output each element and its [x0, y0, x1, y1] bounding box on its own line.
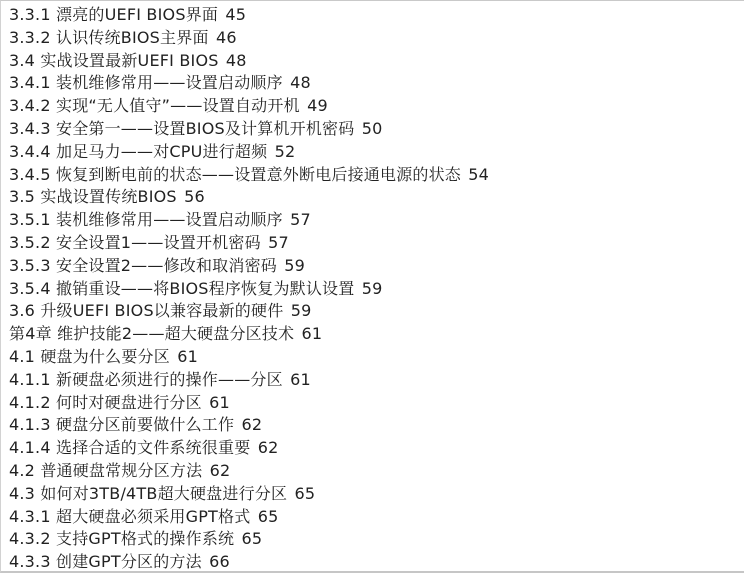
- toc-entry-label: 4.1.2 何时对硬盘进行分区: [9, 393, 202, 412]
- toc-entry-page: 48: [226, 51, 247, 70]
- toc-entry-page: 49: [307, 96, 328, 115]
- toc-entry-page: 52: [275, 142, 296, 161]
- toc-entry: 4.3 如何对3TB/4TB超大硬盘进行分区 65: [9, 483, 738, 506]
- toc-entry-page: 57: [290, 210, 311, 229]
- toc-entry-page: 59: [362, 279, 383, 298]
- toc-entry: 3.4.3 安全第一——设置BIOS及计算机开机密码 50: [9, 118, 738, 141]
- toc-entry-page: 61: [290, 370, 311, 389]
- toc-entry-page: 54: [468, 165, 489, 184]
- toc-entry: 3.5 实战设置传统BIOS 56: [9, 186, 738, 209]
- toc-entry-page: 61: [209, 393, 230, 412]
- toc-entry: 4.3.3 创建GPT分区的方法 66: [9, 551, 738, 573]
- toc-entry-label: 3.4.3 安全第一——设置BIOS及计算机开机密码: [9, 119, 354, 138]
- toc-entry-label: 3.6 升级UEFI BIOS以兼容最新的硬件: [9, 301, 283, 320]
- toc-entry: 3.4 实战设置最新UEFI BIOS 48: [9, 50, 738, 73]
- toc-entry-label: 4.1 硬盘为什么要分区: [9, 347, 170, 366]
- toc-entry: 4.1.4 选择合适的文件系统很重要 62: [9, 437, 738, 460]
- toc-entry-page: 66: [209, 552, 230, 571]
- toc-entry: 3.5.3 安全设置2——修改和取消密码 59: [9, 255, 738, 278]
- toc-entry-label: 4.1.3 硬盘分区前要做什么工作: [9, 415, 234, 434]
- toc-entry-label: 4.3 如何对3TB/4TB超大硬盘进行分区: [9, 484, 287, 503]
- toc-entry-page: 62: [258, 438, 279, 457]
- toc-entry-page: 50: [362, 119, 383, 138]
- toc-entry: 第4章 维护技能2——超大硬盘分区技术 61: [9, 323, 738, 346]
- toc-entry-label: 3.4.5 恢复到断电前的状态——设置意外断电后接通电源的状态: [9, 165, 461, 184]
- toc-entry-label: 4.1.4 选择合适的文件系统很重要: [9, 438, 250, 457]
- toc-entry-page: 45: [225, 5, 246, 24]
- toc-entry-label: 4.3.2 支持GPT格式的操作系统: [9, 529, 234, 548]
- toc-entry: 3.4.4 加足马力——对CPU进行超频 52: [9, 141, 738, 164]
- toc-entry-label: 3.4.1 装机维修常用——设置启动顺序: [9, 73, 283, 92]
- toc-entry-page: 65: [258, 507, 279, 526]
- toc-entry-label: 3.5 实战设置传统BIOS: [9, 187, 177, 206]
- toc-entry-label: 3.3.1 漂亮的UEFI BIOS界面: [9, 5, 218, 24]
- toc-list: 3.3.1 漂亮的UEFI BIOS界面 45 3.3.2 认识传统BIOS主界…: [9, 4, 738, 573]
- toc-entry: 4.3.1 超大硬盘必须采用GPT格式 65: [9, 506, 738, 529]
- toc-entry-page: 57: [268, 233, 289, 252]
- toc-entry-label: 3.5.1 装机维修常用——设置启动顺序: [9, 210, 283, 229]
- toc-entry-page: 61: [302, 324, 323, 343]
- toc-entry: 4.1 硬盘为什么要分区 61: [9, 346, 738, 369]
- toc-entry-label: 3.5.3 安全设置2——修改和取消密码: [9, 256, 277, 275]
- toc-entry: 3.5.1 装机维修常用——设置启动顺序 57: [9, 209, 738, 232]
- toc-entry-page: 59: [291, 301, 312, 320]
- toc-entry-label: 3.4 实战设置最新UEFI BIOS: [9, 51, 219, 70]
- toc-entry: 3.3.1 漂亮的UEFI BIOS界面 45: [9, 4, 738, 27]
- toc-entry: 3.5.2 安全设置1——设置开机密码 57: [9, 232, 738, 255]
- toc-entry-page: 65: [242, 529, 263, 548]
- toc-entry-label: 3.5.2 安全设置1——设置开机密码: [9, 233, 261, 252]
- toc-page: 3.3.1 漂亮的UEFI BIOS界面 45 3.3.2 认识传统BIOS主界…: [0, 0, 744, 573]
- toc-entry: 3.4.1 装机维修常用——设置启动顺序 48: [9, 72, 738, 95]
- toc-entry-page: 62: [242, 415, 263, 434]
- toc-entry-label: 3.4.4 加足马力——对CPU进行超频: [9, 142, 267, 161]
- toc-entry-page: 56: [184, 187, 205, 206]
- toc-entry: 4.2 普通硬盘常规分区方法 62: [9, 460, 738, 483]
- toc-entry-label: 3.4.2 实现“无人值守”——设置自动开机: [9, 96, 300, 115]
- toc-entry-label: 4.2 普通硬盘常规分区方法: [9, 461, 202, 480]
- toc-entry-page: 46: [216, 28, 237, 47]
- toc-entry: 4.3.2 支持GPT格式的操作系统 65: [9, 528, 738, 551]
- toc-entry-page: 62: [210, 461, 231, 480]
- toc-entry: 4.1.2 何时对硬盘进行分区 61: [9, 392, 738, 415]
- toc-entry-label: 4.3.3 创建GPT分区的方法: [9, 552, 202, 571]
- toc-entry: 3.5.4 撤销重设——将BIOS程序恢复为默认设置 59: [9, 278, 738, 301]
- toc-entry-page: 59: [284, 256, 305, 275]
- toc-entry-page: 65: [294, 484, 315, 503]
- toc-entry: 3.4.2 实现“无人值守”——设置自动开机 49: [9, 95, 738, 118]
- toc-entry: 4.1.3 硬盘分区前要做什么工作 62: [9, 414, 738, 437]
- toc-entry-label: 4.3.1 超大硬盘必须采用GPT格式: [9, 507, 250, 526]
- toc-entry-label: 第4章 维护技能2——超大硬盘分区技术: [9, 324, 294, 343]
- toc-entry: 3.6 升级UEFI BIOS以兼容最新的硬件 59: [9, 300, 738, 323]
- toc-entry-label: 4.1.1 新硬盘必须进行的操作——分区: [9, 370, 283, 389]
- toc-entry: 3.3.2 认识传统BIOS主界面 46: [9, 27, 738, 50]
- toc-entry-label: 3.3.2 认识传统BIOS主界面: [9, 28, 209, 47]
- toc-entry: 3.4.5 恢复到断电前的状态——设置意外断电后接通电源的状态 54: [9, 164, 738, 187]
- toc-entry: 4.1.1 新硬盘必须进行的操作——分区 61: [9, 369, 738, 392]
- toc-entry-page: 61: [177, 347, 198, 366]
- toc-entry-label: 3.5.4 撤销重设——将BIOS程序恢复为默认设置: [9, 279, 354, 298]
- toc-entry-page: 48: [290, 73, 311, 92]
